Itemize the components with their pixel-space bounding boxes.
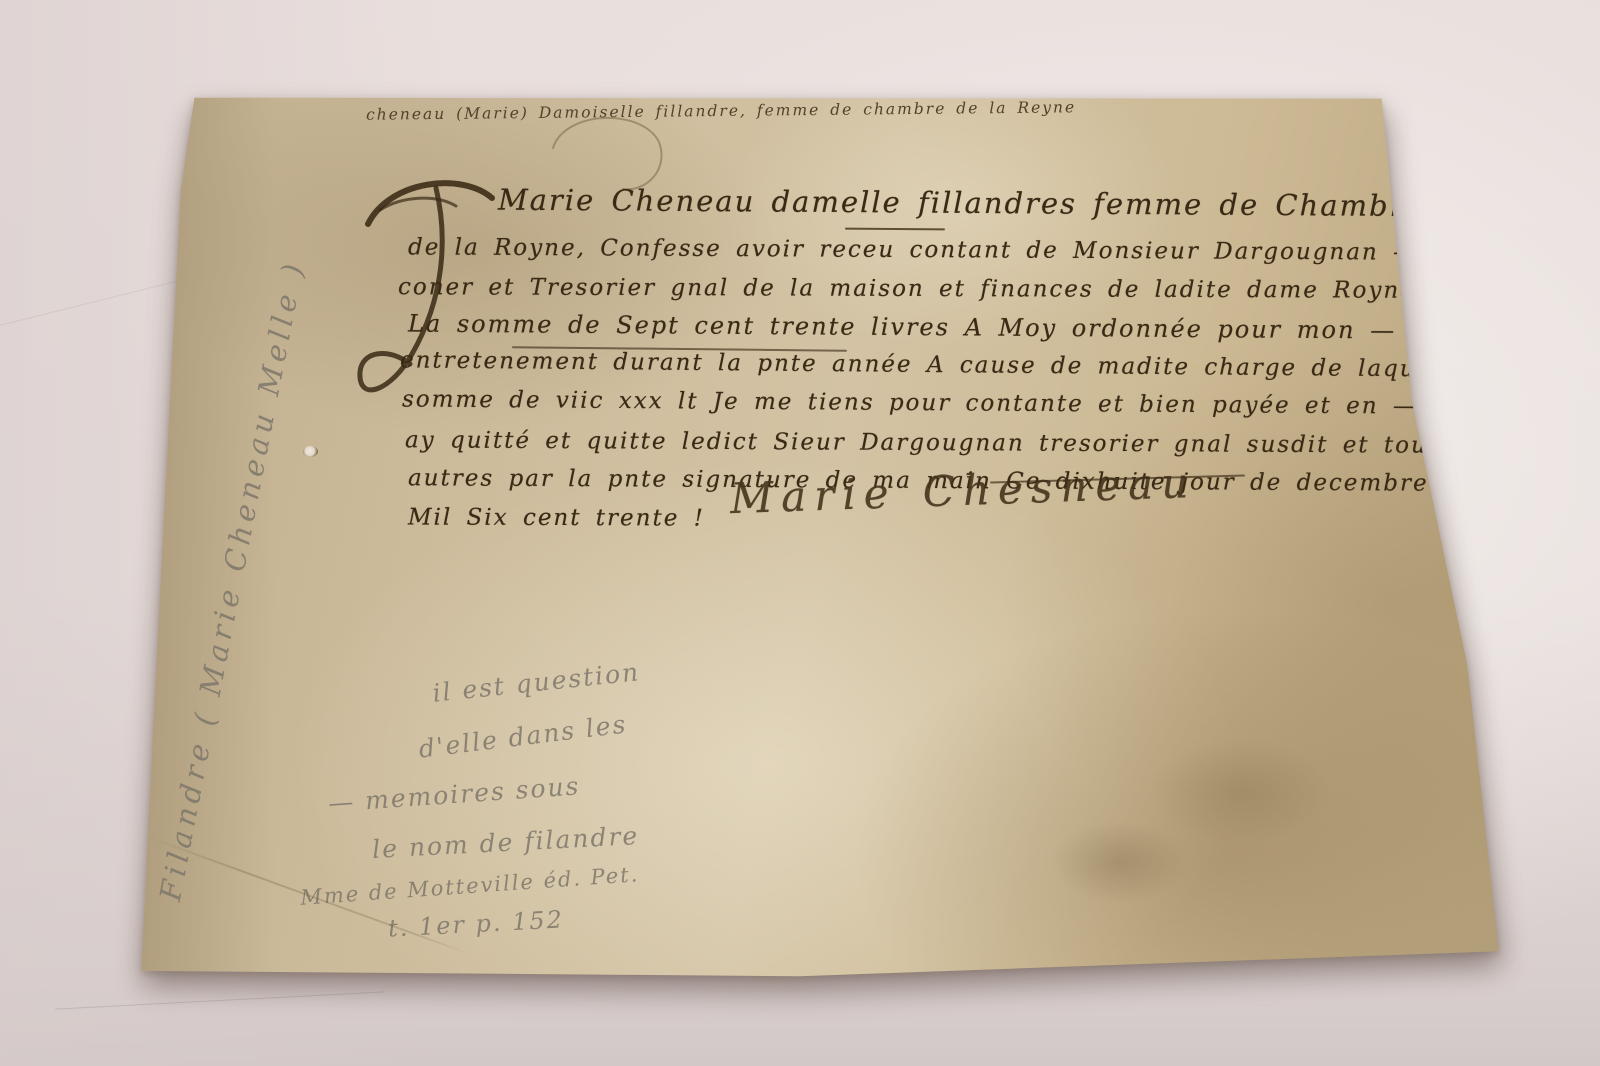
pencil-note: le nom de filandre (371, 821, 639, 864)
body-line: La somme de Sept cent trente livres A Mo… (408, 310, 1396, 345)
binding-hole (303, 446, 318, 457)
body-line: ay quitté et quitte ledict Sieur Dargoug… (405, 427, 1442, 458)
body-line: entretenement durant la pnte année A cau… (400, 347, 1467, 382)
body-line: de la Royne, Confesse avoir receu contan… (408, 234, 1418, 265)
body-line: coner et Tresorier gnal de la maison et … (398, 274, 1455, 304)
body-line: Mil Six cent trente ! (408, 504, 705, 531)
pencil-note: t. 1er p. 152 (387, 905, 564, 942)
body-line: somme de viic xxx lt Je me tiens pour co… (402, 386, 1418, 419)
underline-damelle (845, 228, 945, 231)
header-annotation: cheneau (Marie) Damoiselle fillandre, fe… (366, 98, 1076, 123)
pencil-note: Mme de Motteville éd. Pet. (300, 862, 640, 910)
pencil-note: — memoires sous (327, 771, 581, 818)
pencil-note: d'elle dans les (417, 709, 629, 763)
parchment-wrapper: cheneau (Marie) Damoiselle fillandre, fe… (140, 88, 1500, 978)
margin-note-vertical: Filandre ( Marie Cheneau Melle ) (153, 256, 311, 903)
body-line: Marie Cheneau damelle fillandres femme d… (498, 183, 1472, 224)
parchment-document: cheneau (Marie) Damoiselle fillandre, fe… (140, 88, 1500, 978)
pencil-note: il est question (431, 657, 641, 708)
floor-scratch-line (55, 991, 385, 1009)
